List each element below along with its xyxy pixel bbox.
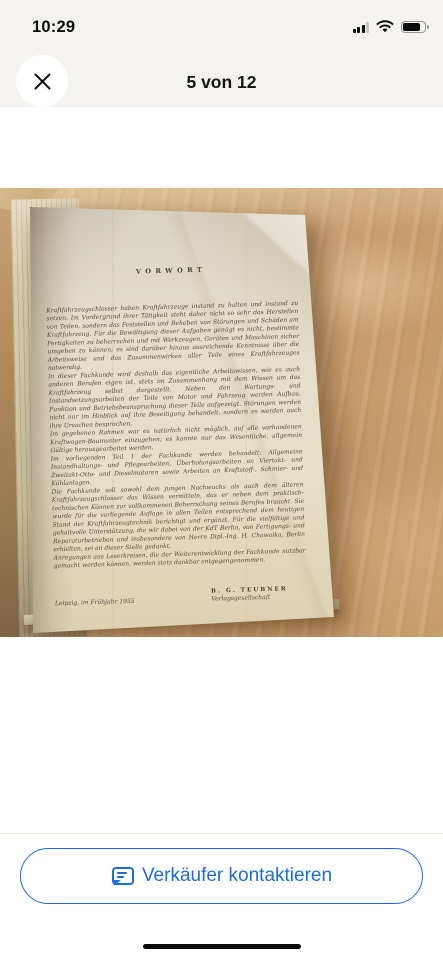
battery-icon bbox=[401, 21, 426, 34]
home-indicator[interactable] bbox=[143, 944, 301, 949]
footer-divider bbox=[0, 833, 443, 834]
cellular-signal-icon bbox=[353, 22, 370, 33]
header-bar: 10:29 5 von 12 bbox=[0, 0, 443, 107]
photo-carousel-image[interactable]: VORWORT Kraftfahrzeugschlosser haben Kra… bbox=[0, 188, 443, 637]
book-paragraph: Die Fachkunde soll sowohl dem jungen Nac… bbox=[51, 480, 305, 553]
chat-bubble-icon bbox=[111, 865, 133, 887]
book-publisher: B. G. TEUBNER Verlagsgesellschaft bbox=[211, 584, 288, 603]
status-time: 10:29 bbox=[32, 18, 75, 37]
book-page-wrap: VORWORT Kraftfahrzeugschlosser haben Kra… bbox=[0, 188, 443, 637]
book-page: VORWORT Kraftfahrzeugschlosser haben Kra… bbox=[28, 203, 338, 635]
book-date-line: Leipzig, im Frühjahr 1955 bbox=[55, 597, 135, 608]
book-signature-row: Leipzig, im Frühjahr 1955 B. G. TEUBNER … bbox=[55, 584, 307, 608]
wifi-icon bbox=[376, 20, 394, 33]
status-icons bbox=[353, 20, 427, 33]
contact-seller-button[interactable]: Verkäufer kontaktieren bbox=[20, 848, 423, 904]
book-paragraph: Kraftfahrzeugschlosser haben Kraftfahrze… bbox=[46, 299, 300, 372]
contact-seller-label: Verkäufer kontaktieren bbox=[142, 865, 332, 887]
photo-counter: 5 von 12 bbox=[0, 72, 443, 93]
publisher-type: Verlagsgesellschaft bbox=[211, 592, 288, 603]
book-page-text: VORWORT Kraftfahrzeugschlosser haben Kra… bbox=[45, 263, 317, 637]
book-page-heading: VORWORT bbox=[45, 263, 297, 279]
book-paragraph: In dieser Fachkunde wird deshalb das eig… bbox=[48, 365, 302, 430]
open-book: VORWORT Kraftfahrzeugschlosser haben Kra… bbox=[0, 188, 443, 637]
